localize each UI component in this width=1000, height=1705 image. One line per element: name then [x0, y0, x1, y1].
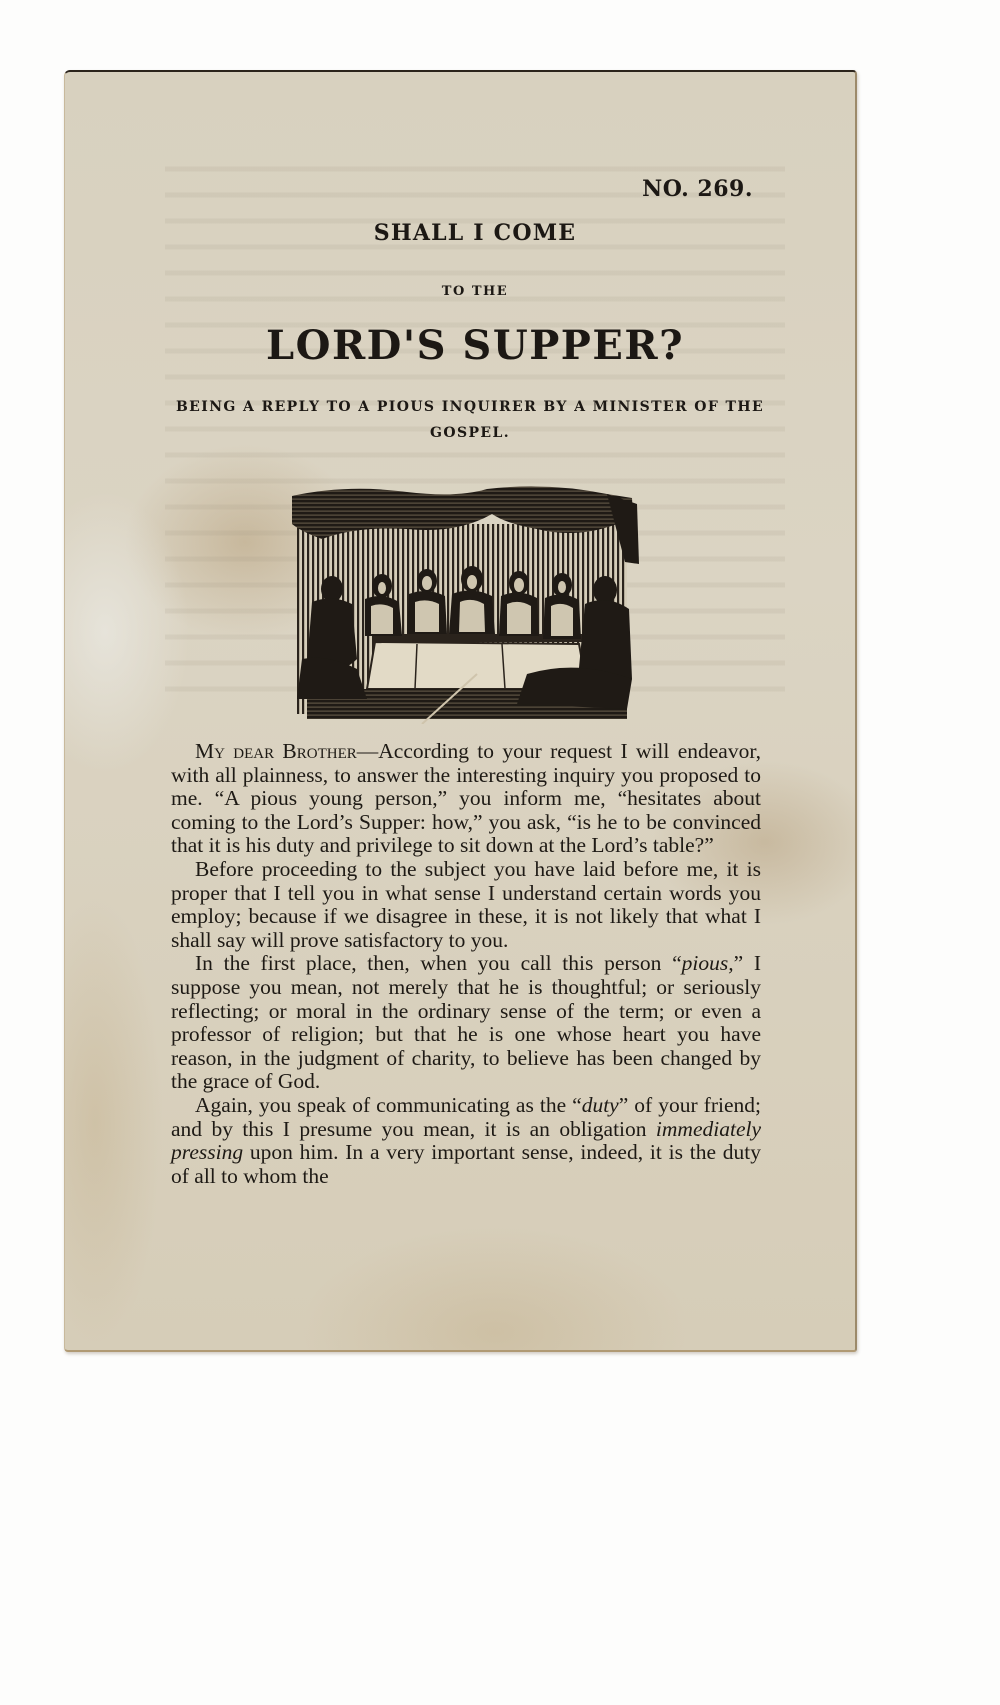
tract-page: NO. 269. SHALL I COME TO THE LORD'S SUPP…: [64, 70, 857, 1352]
issue-number: NO. 269.: [642, 176, 753, 202]
scanned-page-scene: NO. 269. SHALL I COME TO THE LORD'S SUPP…: [0, 0, 1000, 1705]
paragraph-4-text-after: upon him. In a very important sense, ind…: [171, 1140, 761, 1188]
paragraph-2-text: Before proceeding to the subject you hav…: [171, 857, 761, 952]
paragraph-3-text-before: In the first place, then, when you call …: [195, 951, 682, 975]
letter-body: My dear Brother—According to your reques…: [171, 740, 761, 1188]
title-line-2: TO THE: [65, 284, 855, 299]
paragraph-1: My dear Brother—According to your reques…: [171, 740, 761, 858]
emphasis-pious: pious,: [682, 951, 734, 975]
paragraph-4: Again, you speak of communicating as the…: [171, 1094, 761, 1188]
emphasis-duty: duty: [582, 1093, 619, 1117]
salutation: My dear Brother: [195, 739, 357, 763]
page-title: LORD'S SUPPER?: [65, 322, 855, 369]
paragraph-3: In the first place, then, when you call …: [171, 952, 761, 1094]
subtitle: BEING A REPLY TO A PIOUS INQUIRER BY A M…: [175, 394, 765, 446]
last-supper-woodcut-icon: [287, 484, 647, 724]
title-line-1: SHALL I COME: [65, 220, 855, 246]
paragraph-2: Before proceeding to the subject you hav…: [171, 858, 761, 952]
paragraph-4-text-before: Again, you speak of communicating as the…: [195, 1093, 582, 1117]
